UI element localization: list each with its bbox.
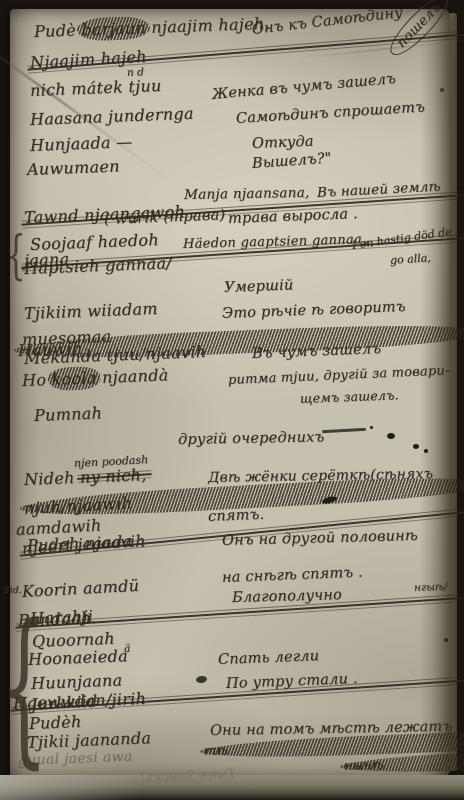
nenets-word: Huunjaana xyxy=(31,670,123,692)
margin-brace: { xyxy=(6,230,26,282)
book-gutter-edge xyxy=(449,13,457,771)
nenets-word: Nideh xyxy=(24,468,81,489)
russian-translation: Благополучно xyxy=(232,587,342,606)
ink-blot xyxy=(387,433,395,439)
russian-translation: спятъ. xyxy=(208,507,265,525)
nenets-word: Pumnah xyxy=(34,403,103,425)
russian-translation: другій очереднихъ xyxy=(178,429,325,448)
nenets-phrase: Hunjaada — xyxy=(30,132,133,155)
superscript-letter: ä xyxy=(124,643,131,655)
superscript-note: нгыѣ/ xyxy=(414,581,448,594)
nenets-word: njaandà xyxy=(96,365,169,387)
crossed-out-word: barjaun xyxy=(81,18,146,39)
ink-dot xyxy=(370,426,373,429)
russian-translation: Умершій xyxy=(224,277,294,296)
russian-translation: Откуда xyxy=(252,134,314,152)
nenets-word: Harahji xyxy=(30,607,94,628)
ink-blot xyxy=(413,444,419,449)
ink-dot xyxy=(424,449,428,453)
nenets-word: Pudè xyxy=(34,20,82,41)
nenets-phrase: Auwumaen xyxy=(27,156,120,179)
crossed-out-word: ny nich, xyxy=(80,465,147,487)
manuscript-photo: Pudè barjaun njaajim hajeh, Онъ къ Самоѣ… xyxy=(0,0,464,800)
ink-dot xyxy=(444,638,448,642)
nenets-word: Jurkkiid xyxy=(31,692,99,714)
crossed-out-word: koola xyxy=(51,368,97,389)
nenets-word: Hoonaeieda xyxy=(28,646,129,669)
nenets-phrase: Manja njaansana, xyxy=(184,185,310,203)
nenets-word: Pudèh xyxy=(29,712,82,733)
ink-dot xyxy=(440,88,444,92)
